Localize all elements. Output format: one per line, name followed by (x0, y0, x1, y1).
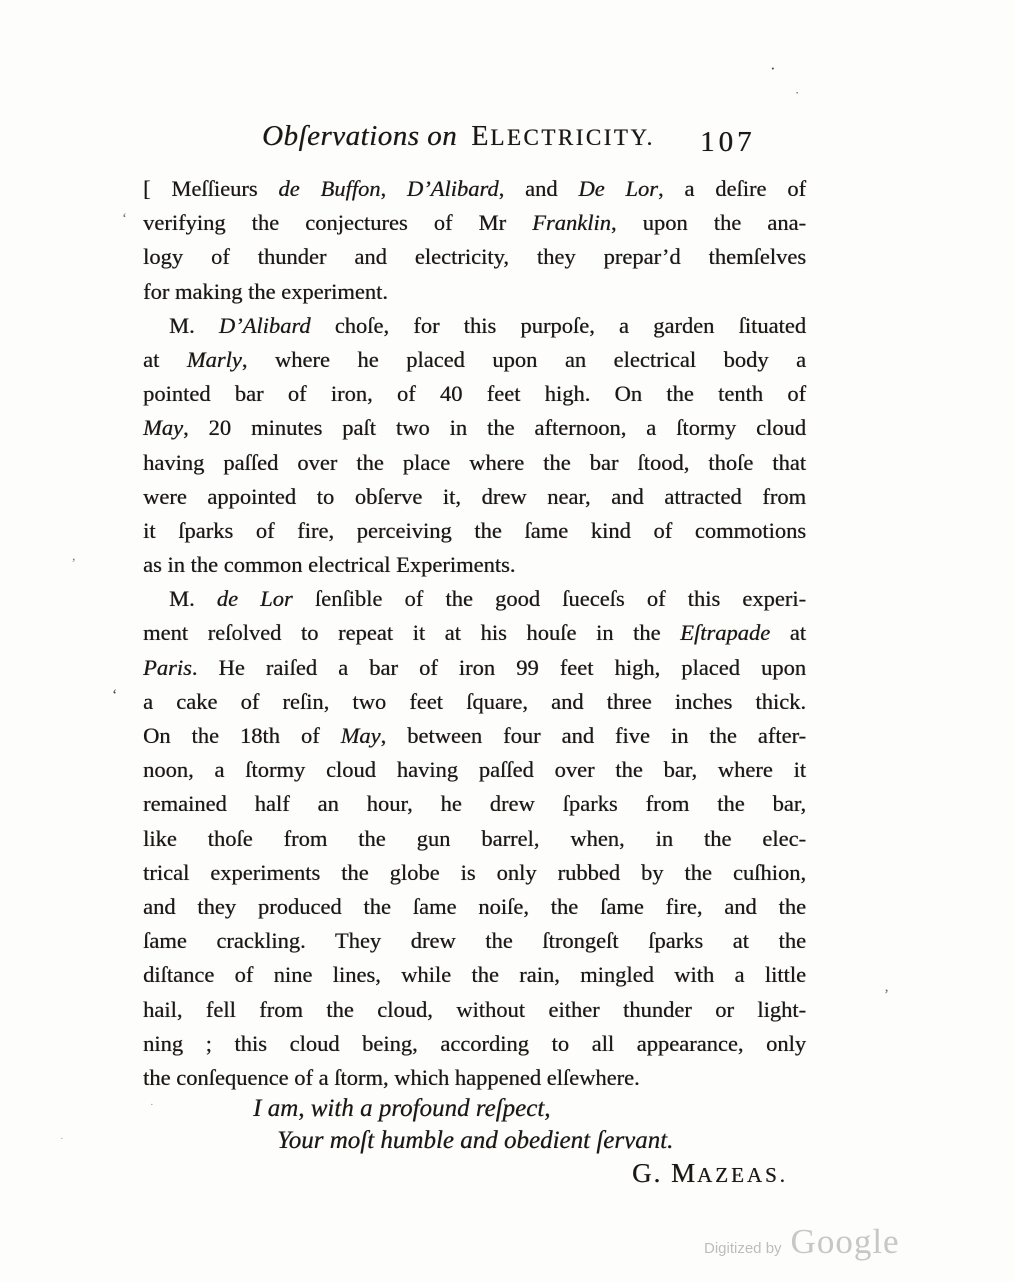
signature-initial: G. M (632, 1158, 697, 1188)
text-segment: , between four and five in the after- (381, 723, 806, 748)
text-segment: , 20 minutes paſt two in the afternoon, … (183, 415, 806, 440)
running-head-caps-initial: E (471, 121, 490, 152)
scan-artifact: ‘ (112, 688, 117, 704)
scan-artifact: , (72, 550, 76, 564)
text-segment: , (380, 176, 406, 201)
text-line: were appointed to obſerve it, drew near,… (143, 480, 806, 514)
text-segment: remained half an hour, he drew ſparks fr… (143, 791, 806, 816)
text-line: Paris. He raiſed a bar of iron 99 feet h… (143, 651, 806, 685)
scan-artifact: · (150, 1100, 154, 1111)
text-segment: diſtance of nine lines, while the rain, … (143, 962, 806, 987)
closing-line-1: I am, with a profound reſpect, (253, 1092, 550, 1126)
text-segment: noon, a ſtormy cloud having paſſed over … (143, 757, 806, 782)
text-segment: at (143, 347, 187, 372)
text-line: ment reſolved to repeat it at his houſe … (143, 616, 806, 650)
text-segment: ſenſible of the good ſueceſs of this exp… (293, 586, 806, 611)
italic-text-segment: May (341, 723, 381, 748)
italic-text-segment: de Buffon (278, 176, 380, 201)
text-segment: ning ; this cloud being, according to al… (143, 1031, 806, 1056)
text-line: and they produced the ſame noiſe, the ſa… (143, 890, 806, 924)
italic-text-segment: D’Alibard (407, 176, 499, 201)
text-segment: having paſſed over the place where the b… (143, 450, 806, 475)
digitized-by-label: Digitized by (704, 1240, 782, 1257)
text-line: [ Meſſieurs de Buffon, D’Alibard, and De… (143, 172, 806, 206)
text-line: ning ; this cloud being, according to al… (143, 1027, 806, 1061)
text-line: noon, a ſtormy cloud having paſſed over … (143, 753, 806, 787)
text-line: for making the experiment. (143, 275, 806, 309)
text-segment: M. (169, 586, 217, 611)
text-line: verifying the conjectures of Mr Franklin… (143, 206, 806, 240)
italic-text-segment: D’Alibard (219, 313, 311, 338)
text-segment: , a deſire of (658, 176, 806, 201)
text-segment: , where he placed upon an electrical bod… (242, 347, 806, 372)
text-line: a cake of reſin, two feet ſquare, and th… (143, 685, 806, 719)
text-line: hail, fell from the cloud, without eithe… (143, 993, 806, 1027)
scan-artifact: · (770, 60, 776, 77)
text-line: it ſparks of fire, perceiving the ſame k… (143, 514, 806, 548)
text-segment: verifying the conjectures of Mr (143, 210, 532, 235)
text-line: as in the common electrical Experiments. (143, 548, 806, 582)
text-segment: M. (169, 313, 219, 338)
text-segment: , and (499, 176, 579, 201)
text-line: logy of thunder and electricity, they pr… (143, 240, 806, 274)
text-segment: On the 18th of (143, 723, 341, 748)
text-segment: were appointed to obſerve it, drew near,… (143, 484, 806, 509)
body-text: [ Meſſieurs de Buffon, D’Alibard, and De… (143, 172, 806, 1095)
text-segment: . He raiſed a bar of iron 99 feet high, … (192, 655, 806, 680)
page-number: 107 (700, 126, 756, 159)
text-line: having paſſed over the place where the b… (143, 446, 806, 480)
scan-artifact: · (795, 86, 799, 99)
text-segment: as in the common electrical Experiments. (143, 552, 515, 577)
text-line: at Marly, where he placed upon an electr… (143, 343, 806, 377)
text-segment: , upon the ana- (611, 210, 806, 235)
italic-text-segment: Franklin (532, 210, 611, 235)
text-line: trical experiments the globe is only rub… (143, 856, 806, 890)
text-segment: it ſparks of fire, perceiving the ſame k… (143, 518, 806, 543)
text-segment: for making the experiment. (143, 279, 388, 304)
text-segment: at (770, 620, 806, 645)
text-line: the conſequence of a ſtorm, which happen… (143, 1061, 806, 1095)
text-segment: and they produced the ſame noiſe, the ſa… (143, 894, 806, 919)
text-segment: ſame crackling. They drew the ſtrongeſt … (143, 928, 806, 953)
italic-text-segment: Marly (187, 347, 242, 372)
text-segment: a cake of reſin, two feet ſquare, and th… (143, 689, 806, 714)
text-segment: the conſequence of a ſtorm, which happen… (143, 1065, 640, 1090)
text-line: like thoſe from the gun barrel, when, in… (143, 822, 806, 856)
text-segment: pointed bar of iron, of 40 feet high. On… (143, 381, 806, 406)
running-head-caps: LECTRICITY. (490, 125, 654, 150)
text-segment: [ Meſſieurs (143, 176, 278, 201)
scan-artifact: ‘ (122, 212, 127, 227)
text-line: remained half an hour, he drew ſparks fr… (143, 787, 806, 821)
italic-text-segment: De Lor (578, 176, 658, 201)
text-segment: ment reſolved to repeat it at his houſe … (143, 620, 680, 645)
italic-text-segment: Paris (143, 655, 192, 680)
italic-text-segment: de Lor (217, 586, 293, 611)
text-line: diſtance of nine lines, while the rain, … (143, 958, 806, 992)
text-line: M. de Lor ſenſible of the good ſueceſs o… (143, 582, 806, 616)
italic-text-segment: May (143, 415, 183, 440)
signature-rest: AZEAS. (697, 1163, 788, 1187)
text-segment: hail, fell from the cloud, without eithe… (143, 997, 806, 1022)
scanned-book-page: Obſervations onELECTRICITY. 107 [ Meſſie… (0, 0, 1014, 1282)
scan-artifact: · (60, 1134, 64, 1145)
scan-artifact: ’ (884, 988, 889, 1003)
running-head-italic: Obſervations on (262, 120, 457, 152)
closing-line-2: Your moſt humble and obedient ſervant. (277, 1124, 673, 1158)
text-line: On the 18th of May, between four and fiv… (143, 719, 806, 753)
text-line: pointed bar of iron, of 40 feet high. On… (143, 377, 806, 411)
text-segment: like thoſe from the gun barrel, when, in… (143, 826, 806, 851)
google-watermark: Digitized by Google (704, 1222, 900, 1262)
signature: G. MAZEAS. (632, 1156, 788, 1195)
running-head: Obſervations onELECTRICITY. (262, 114, 655, 163)
italic-text-segment: Eſtrapade (680, 620, 770, 645)
text-segment: trical experiments the globe is only rub… (143, 860, 806, 885)
text-segment: choſe, for this purpoſe, a garden ſituat… (311, 313, 806, 338)
text-line: M. D’Alibard choſe, for this purpoſe, a … (143, 309, 806, 343)
text-line: ſame crackling. They drew the ſtrongeſt … (143, 924, 806, 958)
google-logo: Google (791, 1222, 900, 1262)
text-segment: logy of thunder and electricity, they pr… (143, 244, 806, 269)
text-line: May, 20 minutes paſt two in the afternoo… (143, 411, 806, 445)
